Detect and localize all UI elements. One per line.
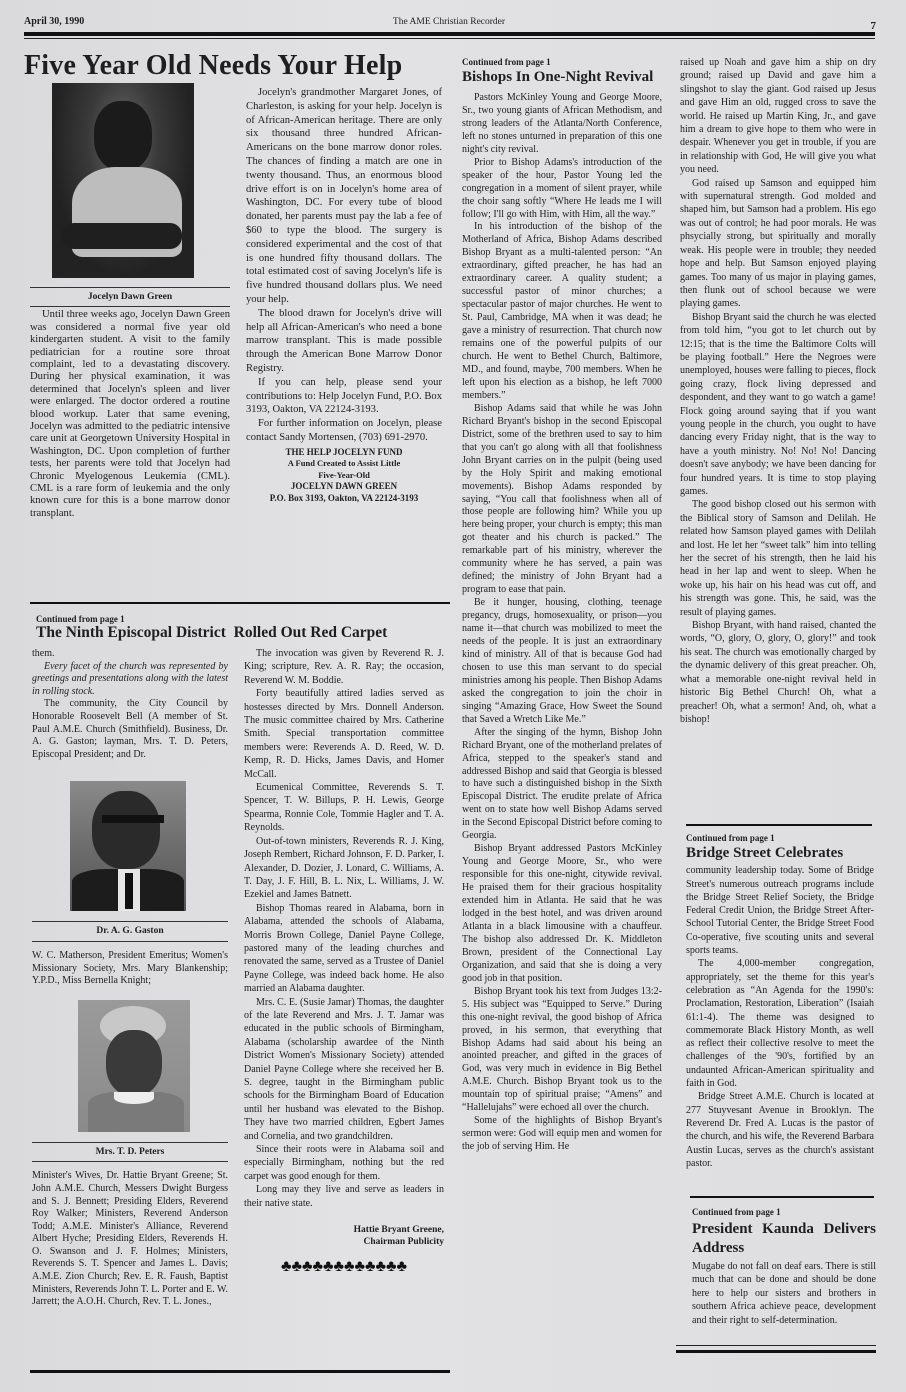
revival-paragraph: Bishop Bryant said the church he was ele… [680, 311, 876, 499]
section-divider [30, 602, 450, 604]
photo-collar-shape [114, 1092, 154, 1104]
ninth-col-2: The invocation was given by Reverend R. … [244, 647, 444, 1273]
fleur-ornament-row: ♣♣♣♣♣♣♣♣♣♣♣♣ [244, 1260, 444, 1273]
masthead: April 30, 1990 The AME Christian Recorde… [24, 14, 874, 34]
bottom-rule [30, 1370, 450, 1373]
kaunda-headline: President Kaunda Delivers Address [692, 1220, 876, 1258]
ninth-paragraph: Long may they live and serve as leaders … [244, 1183, 444, 1210]
revival-paragraph: Be it hunger, housing, clothing, teenage… [462, 597, 662, 727]
gaston-photo [70, 781, 186, 911]
ninth-paragraph: Bishop Thomas reared in Alabama, born in… [244, 902, 444, 996]
revival-col-2: raised up Noah and gave him a ship on dr… [680, 56, 876, 726]
revival-paragraph: Bishop Bryant addressed Pastors McKinley… [462, 843, 662, 985]
ninth-paragraph: Mrs. C. E. (Susie Jamar) Thomas, the dau… [244, 996, 444, 1143]
bridge-street-headline: Bridge Street Celebrates [686, 845, 874, 862]
ninth-district-headline: The Ninth Episcopal District Rolled Out … [36, 624, 456, 641]
peters-photo [78, 1000, 190, 1132]
jocelyn-paragraph: For further information on Jocelyn, plea… [246, 417, 442, 445]
newspaper-page: April 30, 1990 The AME Christian Recorde… [0, 0, 906, 1392]
byline: Hattie Bryant Greene, Chairman Publicity [244, 1224, 444, 1248]
photo-face-shape [92, 791, 160, 869]
bridge-paragraph: community leadership today. Some of Brid… [686, 864, 874, 957]
bottom-rule [676, 1350, 876, 1353]
jocelyn-headline: Five Year Old Needs Your Help [24, 50, 402, 82]
ninth-paragraph: Ecumenical Committee, Reverends S. T. Sp… [244, 781, 444, 835]
continued-label: Continued from page 1 [686, 832, 874, 845]
revival-paragraph: The good bishop closed out his sermon wi… [680, 498, 876, 619]
kaunda-article: Continued from page 1 President Kaunda D… [692, 1206, 876, 1328]
bridge-street-article: Continued from page 1 Bridge Street Cele… [686, 832, 874, 1170]
revival-paragraph: After the singing of the hymn, Bishop Jo… [462, 727, 662, 844]
photo-glasses-shape [102, 815, 164, 823]
fund-box: THE HELP JOCELYN FUND A Fund Created to … [246, 447, 442, 505]
revival-paragraph: God raised up Samson and equipped him wi… [680, 177, 876, 311]
fund-line-2: Five-Year-Old [246, 470, 442, 482]
jocelyn-col-1: Jocelyn Dawn Green Until three weeks ago… [30, 83, 230, 520]
revival-paragraph: Prior to Bishop Adams's introduction of … [462, 157, 662, 222]
jocelyn-paragraph: The blood drawn for Jocelyn's drive will… [246, 307, 442, 376]
photo-face-shape [106, 1030, 162, 1096]
fund-address: P.O. Box 3193, Oakton, VA 22124-3193 [246, 493, 442, 505]
revival-paragraph: Pastors McKinley Young and George Moore,… [462, 92, 662, 157]
ninth-paragraph: Out-of-town ministers, Reverends R. J. K… [244, 835, 444, 902]
jocelyn-photo [52, 83, 194, 278]
publication-name: The AME Christian Recorder [24, 17, 874, 27]
jocelyn-paragraph: Jocelyn's grandmother Margaret Jones, of… [246, 86, 442, 307]
fund-name: JOCELYN DAWN GREEN [246, 481, 442, 493]
revival-paragraph: raised up Noah and gave him a ship on dr… [680, 56, 876, 177]
photo-arms-shape [62, 223, 182, 249]
byline-name: Hattie Bryant Greene, [244, 1224, 444, 1236]
ninth-district-header: Continued from page 1 The Ninth Episcopa… [36, 614, 456, 641]
jocelyn-paragraph: Until three weeks ago, Jocelyn Dawn Gree… [30, 309, 230, 520]
section-divider [690, 1196, 874, 1198]
ninth-paragraph: Every facet of the church was represente… [32, 661, 228, 699]
ninth-paragraph: Since their roots were in Alabama soil a… [244, 1143, 444, 1183]
bottom-rule-thin [676, 1345, 876, 1346]
kaunda-paragraph: Mugabe do not fall on deaf ears. There i… [692, 1260, 876, 1328]
jocelyn-photo-caption: Jocelyn Dawn Green [30, 287, 230, 307]
peters-photo-caption: Mrs. T. D. Peters [32, 1142, 228, 1163]
section-divider [686, 824, 872, 826]
page-number: 7 [871, 20, 877, 32]
bridge-paragraph: The 4,000-member congregation, appropria… [686, 957, 874, 1090]
gaston-photo-caption: Dr. A. G. Gaston [32, 921, 228, 942]
byline-title: Chairman Publicity [244, 1236, 444, 1248]
ninth-paragraph: Forty beautifully attired ladies served … [244, 687, 444, 781]
revival-paragraph: Bishop Adams said that while he was John… [462, 403, 662, 597]
bridge-paragraph: Bridge Street A.M.E. Church is located a… [686, 1090, 874, 1170]
continued-label: Continued from page 1 [462, 56, 662, 69]
fund-line-1: A Fund Created to Assist Little [246, 458, 442, 470]
revival-paragraph: Bishop Bryant, with hand raised, chanted… [680, 619, 876, 726]
revival-col-1: Continued from page 1 Bishops In One-Nig… [462, 56, 662, 1154]
revival-paragraph: Some of the highlights of Bishop Bryant'… [462, 1115, 662, 1154]
masthead-rule [24, 32, 875, 36]
ninth-paragraph: Minister's Wives, Dr. Hattie Bryant Gree… [32, 1170, 228, 1309]
continued-label: Continued from page 1 [36, 614, 456, 624]
revival-headline: Bishops In One-Night Revival [462, 69, 662, 86]
photo-face-shape [94, 101, 152, 171]
ninth-paragraph: The invocation was given by Reverend R. … [244, 647, 444, 687]
ninth-paragraph: W. C. Matherson, President Emeritus; Wom… [32, 950, 228, 988]
jocelyn-paragraph: If you can help, please send your contri… [246, 376, 442, 417]
continued-label: Continued from page 1 [692, 1206, 876, 1220]
jocelyn-col-2: Jocelyn's grandmother Margaret Jones, of… [246, 86, 442, 504]
revival-paragraph: Bishop Bryant took his text from Judges … [462, 986, 662, 1116]
fund-title: THE HELP JOCELYN FUND [246, 447, 442, 459]
photo-tie-shape [125, 873, 133, 909]
ninth-paragraph: them. [32, 648, 228, 661]
masthead-rule-thin [24, 38, 875, 39]
revival-paragraph: In his introduction of the bishop of the… [462, 221, 662, 402]
ninth-paragraph: The community, the City Council by Honor… [32, 698, 228, 761]
ninth-col-1: them. Every facet of the church was repr… [32, 648, 228, 1309]
